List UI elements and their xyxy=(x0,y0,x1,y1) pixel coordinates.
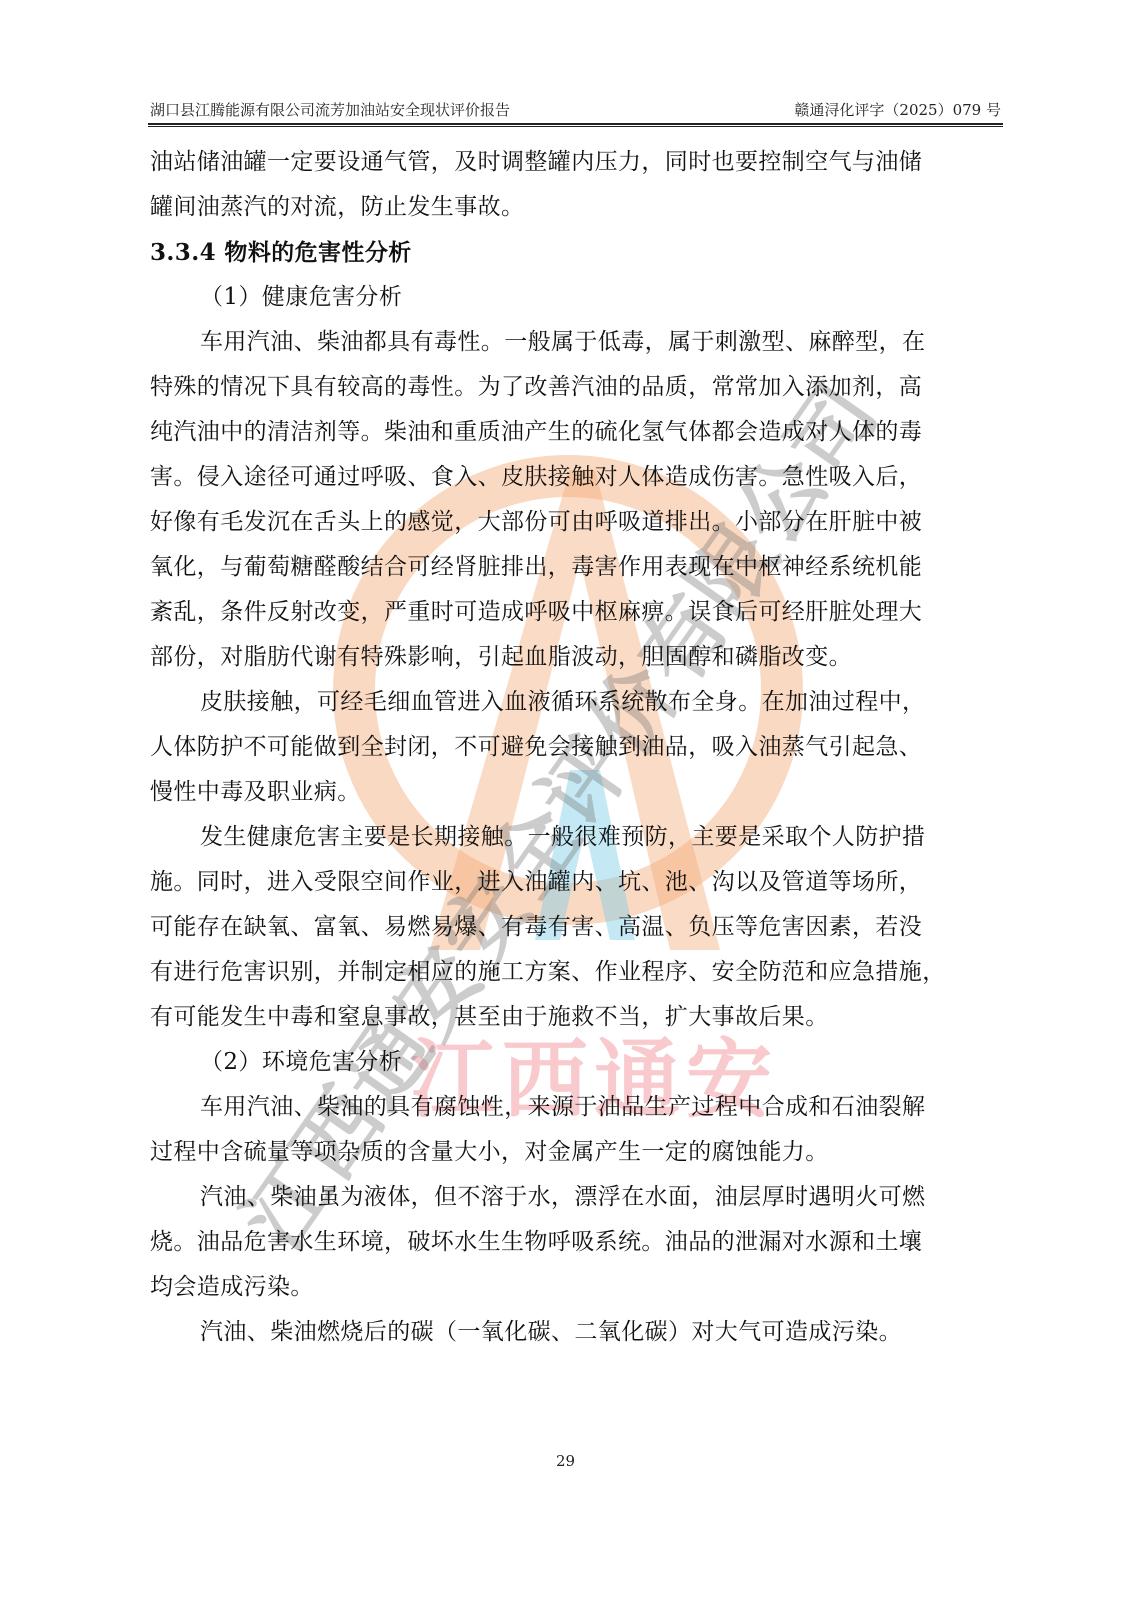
text-line: 纯汽油中的清洁剂等。柴油和重质油产生的硫化氢气体都会造成对人体的毒 xyxy=(150,410,1005,455)
document-page: 湖口县江腾能源有限公司流芳加油站安全现状评价报告 赣通浔化评字（2025）079… xyxy=(0,0,1131,1600)
text-line: 害。侵入途径可通过呼吸、食入、皮肤接触对人体造成伤害。急性吸入后， xyxy=(150,455,1005,500)
paragraph-start: 皮肤接触，可经毛细血管进入血液循环系统散布全身。在加油过程中， xyxy=(150,680,1005,725)
text-line: 部份，对脂肪代谢有特殊影响，引起血脂波动，胆固醇和磷脂改变。 xyxy=(150,635,1005,680)
text-line: 紊乱，条件反射改变，严重时可造成呼吸中枢麻痹。误食后可经肝脏处理大 xyxy=(150,590,1005,635)
subsection-heading: （1）健康危害分析 xyxy=(150,275,1005,320)
header-rule xyxy=(148,123,1003,127)
subsection-heading: （2）环境危害分析 xyxy=(150,1040,1005,1085)
text-line: 均会造成污染。 xyxy=(150,1265,1005,1310)
text-line: 过程中含硫量等项杂质的含量大小，对金属产生一定的腐蚀能力。 xyxy=(150,1130,1005,1175)
page-number: 29 xyxy=(0,1452,1131,1470)
text-line: 烧。油品危害水生环境，破坏水生生物呼吸系统。油品的泄漏对水源和土壤 xyxy=(150,1220,1005,1265)
paragraph-start: 汽油、柴油燃烧后的碳（一氧化碳、二氧化碳）对大气可造成污染。 xyxy=(150,1310,1005,1355)
text-line: 可能存在缺氧、富氧、易燃易爆、有毒有害、高温、负压等危害因素，若没 xyxy=(150,905,1005,950)
header-report-title: 湖口县江腾能源有限公司流芳加油站安全现状评价报告 xyxy=(150,99,510,120)
paragraph-start: 车用汽油、柴油的具有腐蚀性，来源于油品生产过程中合成和石油裂解 xyxy=(150,1085,1005,1130)
paragraph-start: 汽油、柴油虽为液体，但不溶于水，漂浮在水面，油层厚时遇明火可燃 xyxy=(150,1175,1005,1220)
text-line: 氧化，与葡萄糖醛酸结合可经肾脏排出，毒害作用表现在中枢神经系统机能 xyxy=(150,545,1005,590)
text-line: 好像有毛发沉在舌头上的感觉，大部份可由呼吸道排出。小部分在肝脏中被 xyxy=(150,500,1005,545)
text-line: 慢性中毒及职业病。 xyxy=(150,770,1005,815)
header-report-number: 赣通浔化评字（2025）079 号 xyxy=(794,99,1001,120)
text-line: 有可能发生中毒和窒息事故，甚至由于施救不当，扩大事故后果。 xyxy=(150,995,1005,1040)
text-line: 罐间油蒸汽的对流，防止发生事故。 xyxy=(150,185,1005,230)
text-line: 油站储油罐一定要设通气管，及时调整罐内压力，同时也要控制空气与油储 xyxy=(150,140,1005,185)
text-line: 施。同时，进入受限空间作业，进入油罐内、坑、池、沟以及管道等场所， xyxy=(150,860,1005,905)
paragraph-start: 发生健康危害主要是长期接触。一般很难预防，主要是采取个人防护措 xyxy=(150,815,1005,860)
text-line: 特殊的情况下具有较高的毒性。为了改善汽油的品质，常常加入添加剂，高 xyxy=(150,365,1005,410)
running-header: 湖口县江腾能源有限公司流芳加油站安全现状评价报告 赣通浔化评字（2025）079… xyxy=(148,96,1003,122)
document-body: 油站储油罐一定要设通气管，及时调整罐内压力，同时也要控制空气与油储 罐间油蒸汽的… xyxy=(150,140,1005,1355)
paragraph-start: 车用汽油、柴油都具有毒性。一般属于低毒，属于刺激型、麻醉型，在 xyxy=(150,320,1005,365)
text-line: 人体防护不可能做到全封闭，不可避免会接触到油品，吸入油蒸气引起急、 xyxy=(150,725,1005,770)
text-line: 有进行危害识别，并制定相应的施工方案、作业程序、安全防范和应急措施， xyxy=(150,950,1005,995)
section-heading: 3.3.4 物料的危害性分析 xyxy=(150,230,1005,275)
